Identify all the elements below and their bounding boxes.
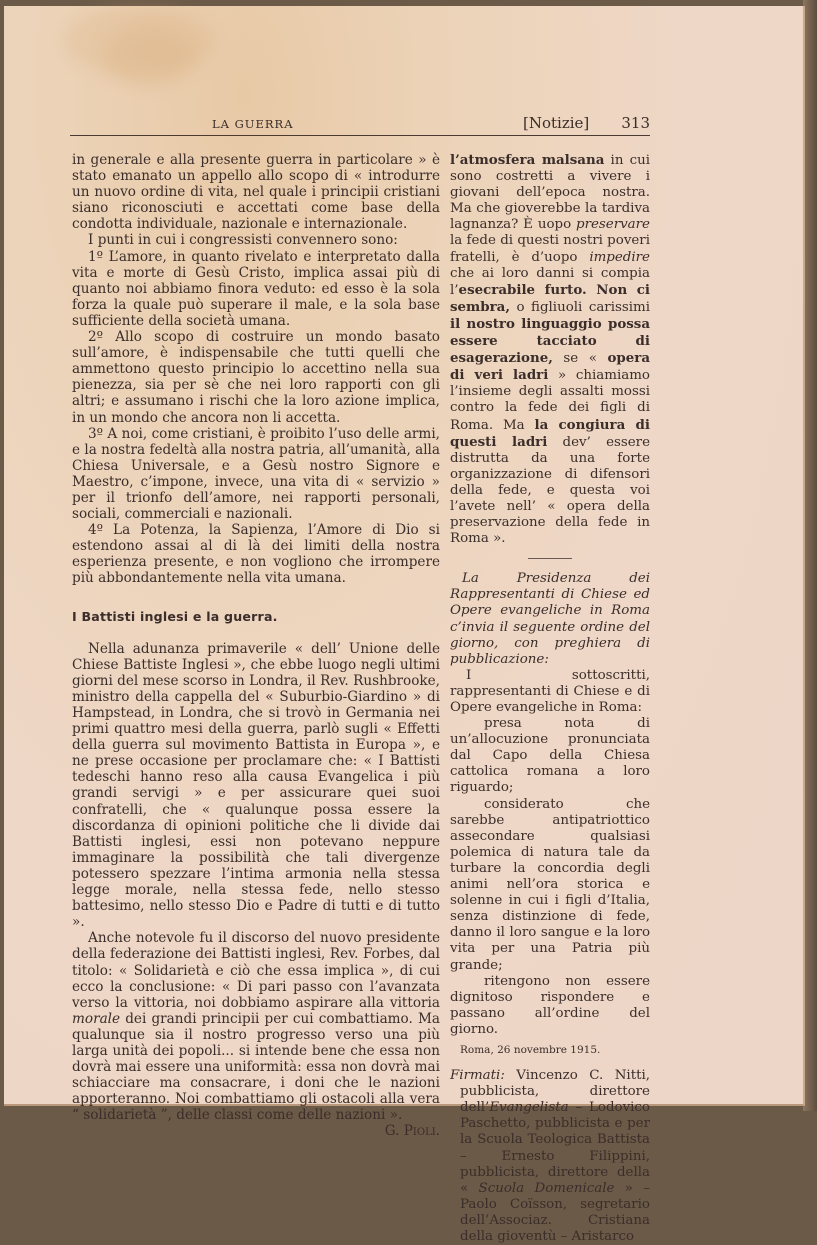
italic-text: morale	[72, 1011, 120, 1027]
paragraph: I punti in cui i congressisti convennero…	[72, 232, 440, 248]
paragraph: l’atmosfera malsana in cui sono costrett…	[450, 152, 650, 547]
text: Anche notevole fu il discorso del nuovo …	[72, 930, 440, 1010]
paragraph: ritengono non essere dignitoso risponder…	[450, 974, 650, 1038]
paragraph: 1º L’amore, in quanto rivelato e interpr…	[72, 249, 440, 329]
paragraph: 2º Allo scopo di costruire un mondo basa…	[72, 329, 440, 426]
text: o figliuoli carissimi	[510, 300, 650, 315]
running-title: LA GUERRA	[212, 117, 294, 131]
italic-text: Firmati:	[450, 1068, 505, 1083]
paragraph: 3º A noi, come cristiani, è proibito l’u…	[72, 426, 440, 523]
dateline: Roma, 26 novembre 1915.	[460, 1042, 650, 1058]
paragraph: considerato che sarebbe antipatriottico …	[450, 797, 650, 974]
paragraph: 4º La Potenza, la Sapienza, l’Amore di D…	[72, 522, 440, 586]
paragraph: Nella adunanza primaverile « dell’ Union…	[72, 641, 440, 931]
italic-text: Evangelista	[489, 1100, 568, 1111]
paragraph: in generale e alla presente guerra in pa…	[72, 152, 440, 232]
bold-text: l’atmosfera malsana	[450, 152, 604, 168]
italic-text: preservare	[576, 217, 650, 232]
text: dev’ essere distrutta da una forte organ…	[450, 435, 650, 547]
left-column: in generale e alla presente guerra in pa…	[72, 152, 440, 1111]
section-label: [Notizie]	[523, 114, 589, 132]
italic-text: impedire	[589, 250, 650, 265]
book-edge	[803, 0, 817, 1111]
text: se «	[553, 351, 608, 366]
right-column: l’atmosfera malsana in cui sono costrett…	[450, 152, 650, 1111]
paragraph: I sottoscritti, rappresentanti di Chiese…	[450, 668, 650, 716]
paragraph: presa nota di un’allocuzione pronunciata…	[450, 716, 650, 796]
page-number: 313	[621, 114, 650, 132]
stain	[104, 26, 194, 86]
editorial-intro: La Presidenza dei Rappresentanti di Chie…	[450, 571, 650, 668]
running-header: LA GUERRA [Notizie] 313	[70, 113, 650, 136]
separator-rule	[528, 558, 572, 559]
section-heading: I Battisti inglesi e la guerra.	[72, 609, 440, 625]
signatories: Firmati: Vincenzo C. Nitti, pubblicista,…	[450, 1068, 650, 1111]
text: dei grandi principii per cui combattiamo…	[72, 1011, 440, 1111]
paragraph: Anche notevole fu il discorso del nuovo …	[72, 930, 440, 1111]
